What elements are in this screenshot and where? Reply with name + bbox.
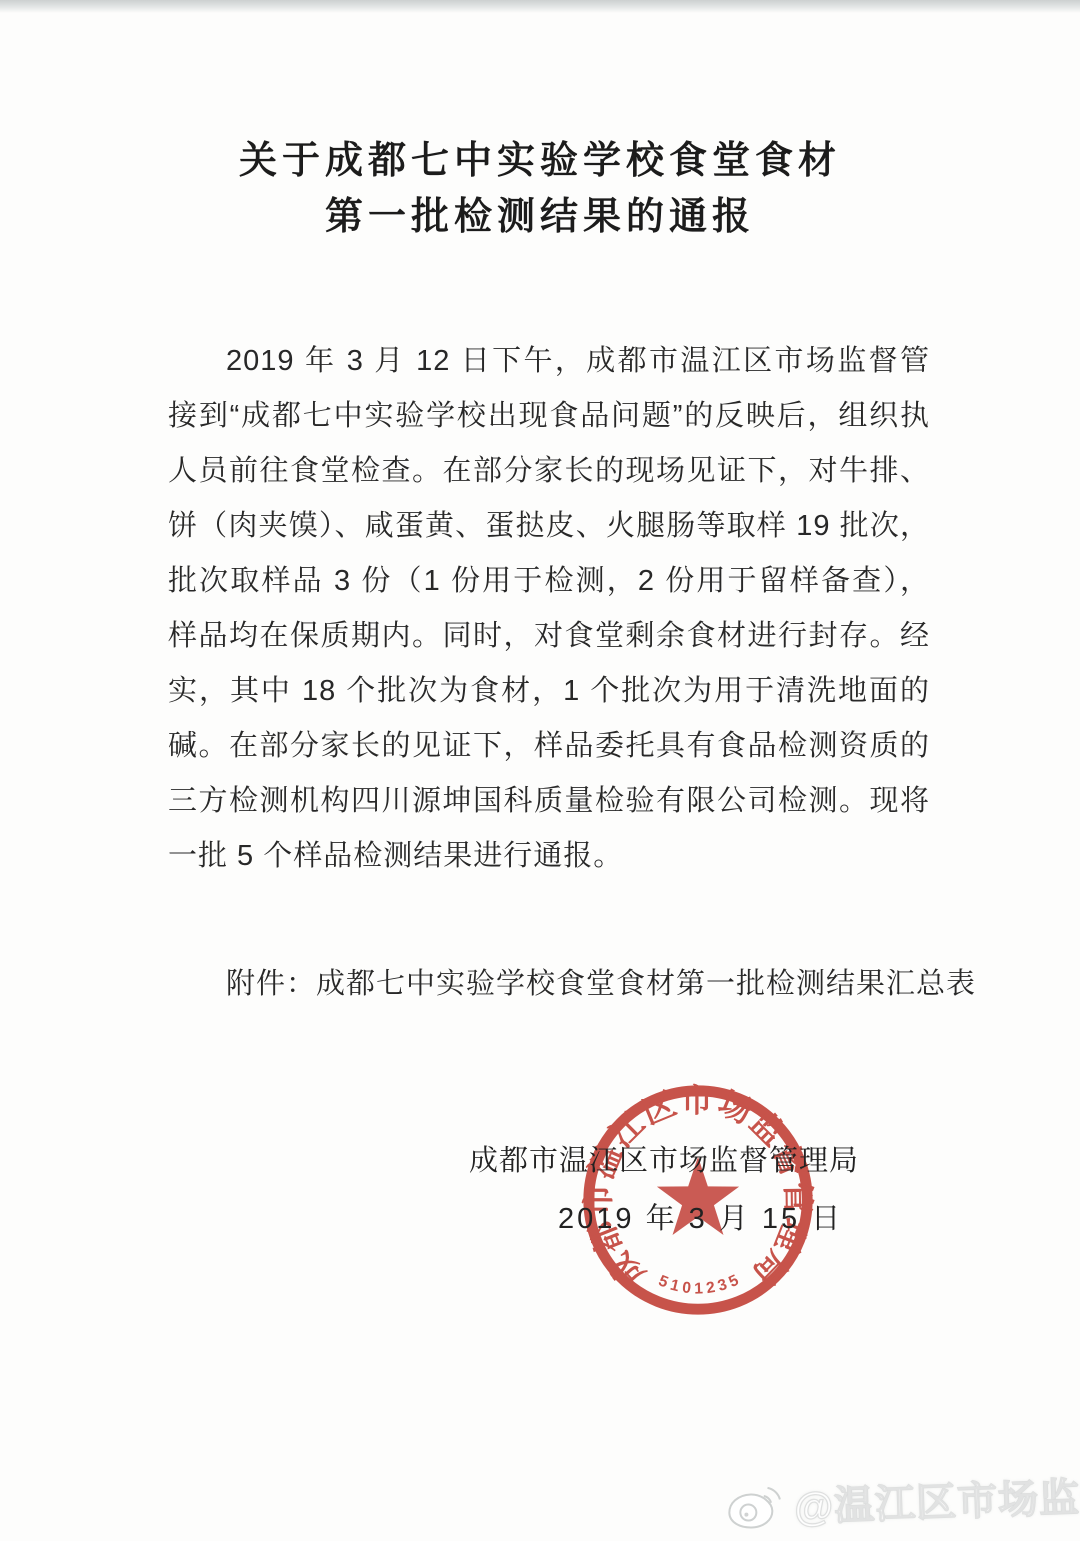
body-line: 饼（肉夹馍）、咸蛋黄、蛋挞皮、火腿肠等取样 19 批次，每 — [168, 499, 930, 554]
watermark-text: @温江区市场监督管理 — [793, 1462, 1080, 1533]
watermark: @温江区市场监督管理 — [725, 1462, 1080, 1536]
body-line: 样品均在保质期内。同时，对食堂剩余食材进行封存。经核 — [168, 609, 930, 664]
body-line: 2019 年 3 月 12 日下午，成都市温江区市场监督管理局 — [168, 334, 930, 389]
weibo-icon — [725, 1481, 785, 1531]
body-line: 实，其中 18 个批次为食材，1 个批次为用于清洗地面的工业 — [168, 664, 930, 719]
body-paragraph: 2019 年 3 月 12 日下午，成都市温江区市场监督管理局 接到“成都七中实… — [168, 334, 930, 884]
body-line: 三方检测机构四川源坤国科质量检验有限公司检测。现将第 — [168, 774, 930, 829]
scan-edge-artifact — [0, 0, 1080, 13]
document-title: 关于成都七中实验学校食堂食材 第一批检测结果的通报 — [0, 133, 1080, 245]
title-line-1: 关于成都七中实验学校食堂食材 — [0, 133, 1080, 189]
signature-agency: 成都市温江区市场监督管理局 — [469, 1138, 859, 1179]
body-line: 批次取样品 3 份（1 份用于检测，2 份用于留样备查），所取 — [168, 554, 930, 609]
scanned-document-page: 关于成都七中实验学校食堂食材 第一批检测结果的通报 2019 年 3 月 12 … — [0, 0, 1080, 1541]
body-line: 碱。在部分家长的见证下，样品委托具有食品检测资质的第 — [168, 719, 930, 774]
body-line: 接到“成都七中实验学校出现食品问题”的反映后，组织执法 — [168, 389, 930, 444]
body-line: 人员前往食堂检查。在部分家长的现场见证下，对牛排、肉 — [168, 444, 930, 499]
title-line-2: 第一批检测结果的通报 — [0, 189, 1080, 245]
signature-date: 2019 年 3 月 15 日 — [558, 1196, 843, 1237]
body-line: 一批 5 个样品检测结果进行通报。 — [168, 829, 930, 884]
attachment-line: 附件：成都七中实验学校食堂食材第一批检测结果汇总表 — [168, 963, 988, 1005]
